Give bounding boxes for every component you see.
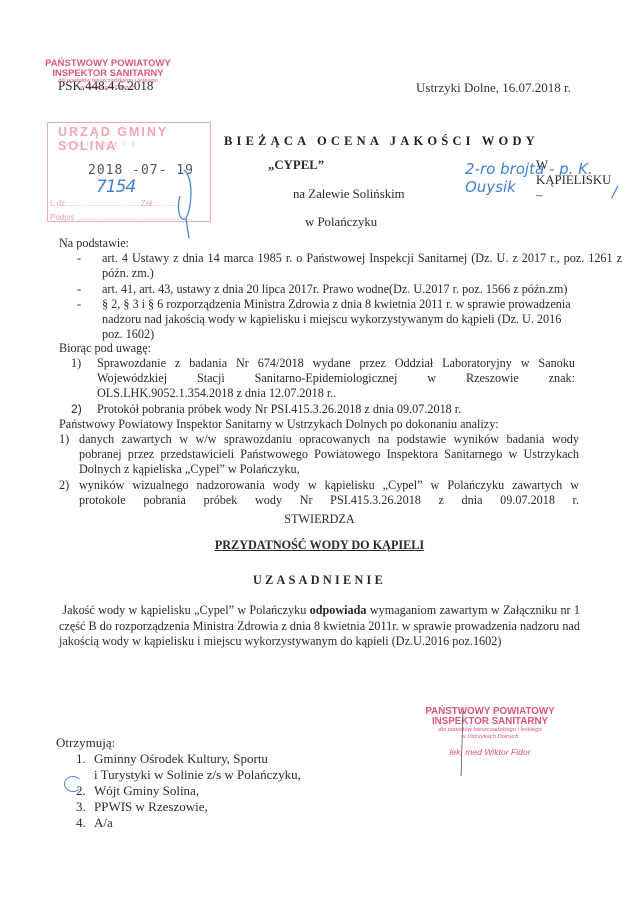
signature-stamp-line-4: w Ustrzykach Dolnych bbox=[380, 734, 600, 741]
justification-text: Jakość wody w kąpielisku „Cypel” w Polań… bbox=[59, 603, 580, 650]
considerations-heading: Biorąc pod uwagę: bbox=[59, 341, 151, 356]
analysis-heading: Państwowy Powiatowy Inspektor Sanitarny … bbox=[59, 417, 499, 432]
recipient-marker: 4. bbox=[76, 815, 86, 831]
reference-number: PSK.448.4.6.2018 bbox=[58, 78, 153, 94]
recipient-item: Wójt Gminy Solina, bbox=[94, 783, 199, 799]
considerations-list: 1) Sprawozdanie z badania Nr 674/2018 wy… bbox=[60, 356, 639, 416]
recipient-item: Gminny Ośrodek Kultury, Sportu bbox=[94, 751, 268, 767]
signature-stamp-line-3: dla powiatów bieszczadzkiego i leskiego bbox=[380, 727, 600, 734]
signature-stamp-line-2: INSPEKTOR SANITARNY bbox=[380, 717, 600, 727]
document-title: BIEŻĄCA OCENA JAKOŚCI WODY bbox=[224, 134, 539, 149]
place-date: Ustrzyki Dolne, 16.07.2018 r. bbox=[416, 80, 571, 96]
recipients-heading: Otrzymują: bbox=[56, 735, 115, 751]
decision: PRZYDATNOŚĆ WODY DO KĄPIELI bbox=[0, 538, 639, 553]
analysis-list: 1) danych zawartych w w/w sprawozdaniu o… bbox=[59, 432, 639, 512]
handwritten-circle-mark bbox=[64, 776, 82, 792]
inspector-signature-stamp: PAŃSTWOWY POWIATOWY INSPEKTOR SANITARNY … bbox=[380, 707, 600, 758]
signature-stamp-name: lek. med Wiktor Fidor bbox=[380, 746, 600, 758]
intake-subline: wpłynęło bbox=[66, 141, 141, 148]
signature-stroke bbox=[455, 708, 475, 778]
title-line-4: w Polańczyku bbox=[305, 215, 377, 230]
title-line-3: na Zalewie Solińskim bbox=[293, 187, 405, 202]
stamp-line-2: INSPEKTOR SANITARNY bbox=[38, 68, 178, 78]
stwierdza-label: STWIERDZA bbox=[0, 512, 639, 527]
recipient-marker: 3. bbox=[76, 799, 86, 815]
legal-basis-heading: Na podstawie: bbox=[59, 236, 129, 251]
recipient-item: A/a bbox=[94, 815, 113, 831]
handwritten-slash: / bbox=[612, 183, 617, 201]
legal-basis-list: - art. 4 Ustawy z dnia 14 marca 1985 r. … bbox=[60, 251, 639, 341]
recipient-item-cont: i Turystyki w Solinie z/s w Polańczyku, bbox=[94, 767, 301, 783]
recipient-marker: 1. bbox=[76, 751, 86, 767]
handwritten-ldz-number: 7154 bbox=[96, 177, 135, 197]
intake-office: URZĄD GMINY SOLINA bbox=[58, 125, 210, 153]
justification-heading: UZASADNIENIE bbox=[0, 573, 639, 588]
recipient-item: PPWIS w Rzeszowie, bbox=[94, 799, 208, 815]
signature-mark bbox=[172, 168, 202, 238]
